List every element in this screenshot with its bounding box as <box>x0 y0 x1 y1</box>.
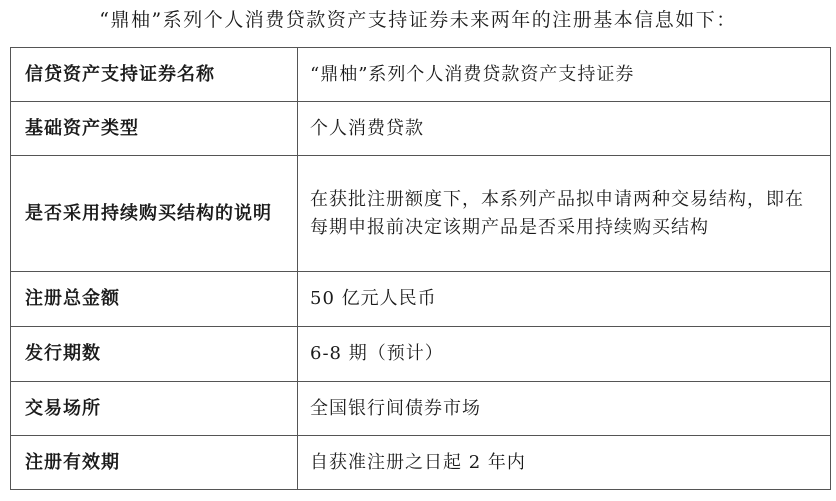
row-value: 自获准注册之日起 2 年内 <box>298 436 831 490</box>
table-row: 发行期数 6-8 期（预计） <box>11 327 831 382</box>
registration-info-table: 信贷资产支持证券名称 “鼎柚”系列个人消费贷款资产支持证券 基础资产类型 个人消… <box>10 47 831 490</box>
row-label: 交易场所 <box>11 382 298 436</box>
row-value: “鼎柚”系列个人消费贷款资产支持证券 <box>298 48 831 102</box>
row-value: 6-8 期（预计） <box>298 327 831 382</box>
row-label: 是否采用持续购买结构的说明 <box>11 156 298 272</box>
row-value: 50 亿元人民币 <box>298 272 831 327</box>
table-row: 注册总金额 50 亿元人民币 <box>11 272 831 327</box>
row-label: 注册有效期 <box>11 436 298 490</box>
row-label: 发行期数 <box>11 327 298 382</box>
row-value: 全国银行间债券市场 <box>298 382 831 436</box>
row-label: 信贷资产支持证券名称 <box>11 48 298 102</box>
table-row: 交易场所 全国银行间债券市场 <box>11 382 831 436</box>
table-row: 注册有效期 自获准注册之日起 2 年内 <box>11 436 831 490</box>
table-row: 基础资产类型 个人消费贷款 <box>11 102 831 156</box>
document-heading: “鼎柚”系列个人消费贷款资产支持证券未来两年的注册基本信息如下： <box>0 6 836 34</box>
row-value: 在获批注册额度下，本系列产品拟申请两种交易结构，即在每期申报前决定该期产品是否采… <box>298 156 831 272</box>
table-row: 信贷资产支持证券名称 “鼎柚”系列个人消费贷款资产支持证券 <box>11 48 831 102</box>
row-label: 注册总金额 <box>11 272 298 327</box>
table-row: 是否采用持续购买结构的说明 在获批注册额度下，本系列产品拟申请两种交易结构，即在… <box>11 156 831 272</box>
row-label: 基础资产类型 <box>11 102 298 156</box>
row-value: 个人消费贷款 <box>298 102 831 156</box>
